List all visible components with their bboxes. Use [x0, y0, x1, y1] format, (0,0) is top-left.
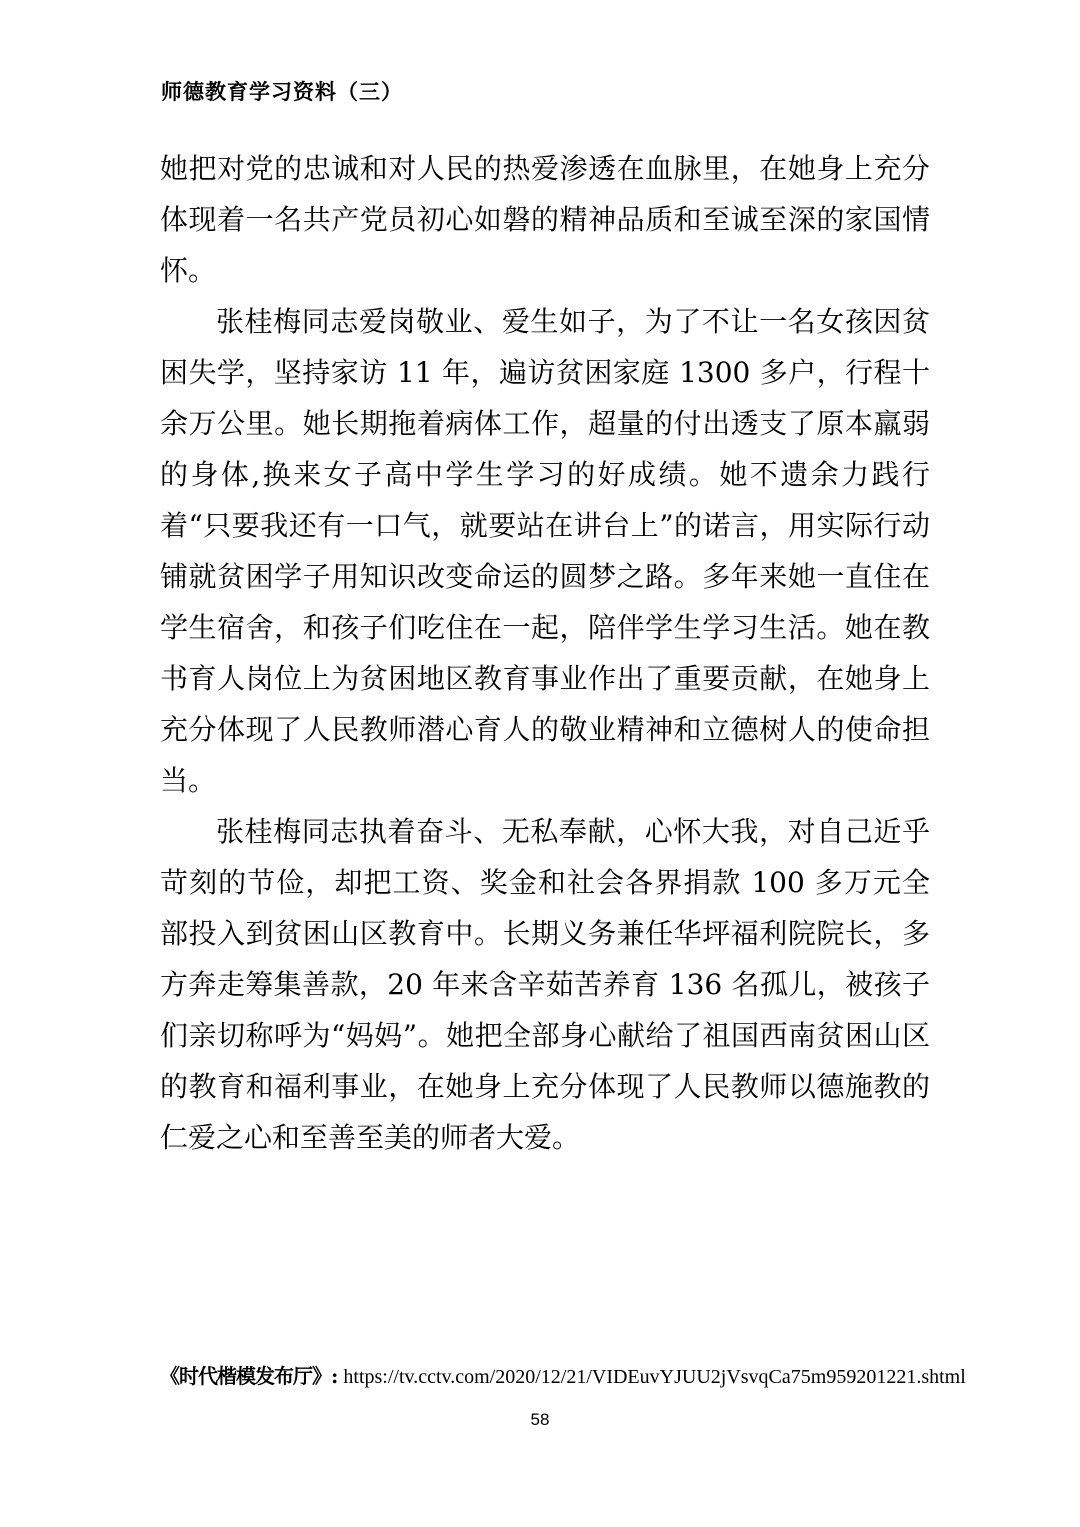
page-number: 58	[0, 1410, 1080, 1430]
footer-source-url: https://tv.cctv.com/2020/12/21/VIDEuvYJU…	[343, 1366, 965, 1388]
footer-source-line: 《时代楷模发布厅》:https://tv.cctv.com/2020/12/21…	[160, 1360, 950, 1393]
body-paragraph: 她把对党的忠诚和对人民的热爱渗透在血脉里，在她身上充分体现着一名共产党员初心如磐…	[160, 143, 930, 296]
page-header-title: 师德教育学习资料（三）	[161, 80, 941, 106]
body-paragraph: 张桂梅同志爱岗敬业、爱生如子，为了不让一名女孩因贫困失学，坚持家访 11 年，遍…	[160, 296, 930, 806]
document-body: 她把对党的忠诚和对人民的热爱渗透在血脉里，在她身上充分体现着一名共产党员初心如磐…	[160, 143, 930, 1163]
footer-source-label: 《时代楷模发布厅》:	[160, 1364, 337, 1388]
body-paragraph: 张桂梅同志执着奋斗、无私奉献，心怀大我，对自己近乎苛刻的节俭，却把工资、奖金和社…	[160, 806, 930, 1163]
document-page: 师德教育学习资料（三） 她把对党的忠诚和对人民的热爱渗透在血脉里，在她身上充分体…	[0, 0, 1080, 1527]
